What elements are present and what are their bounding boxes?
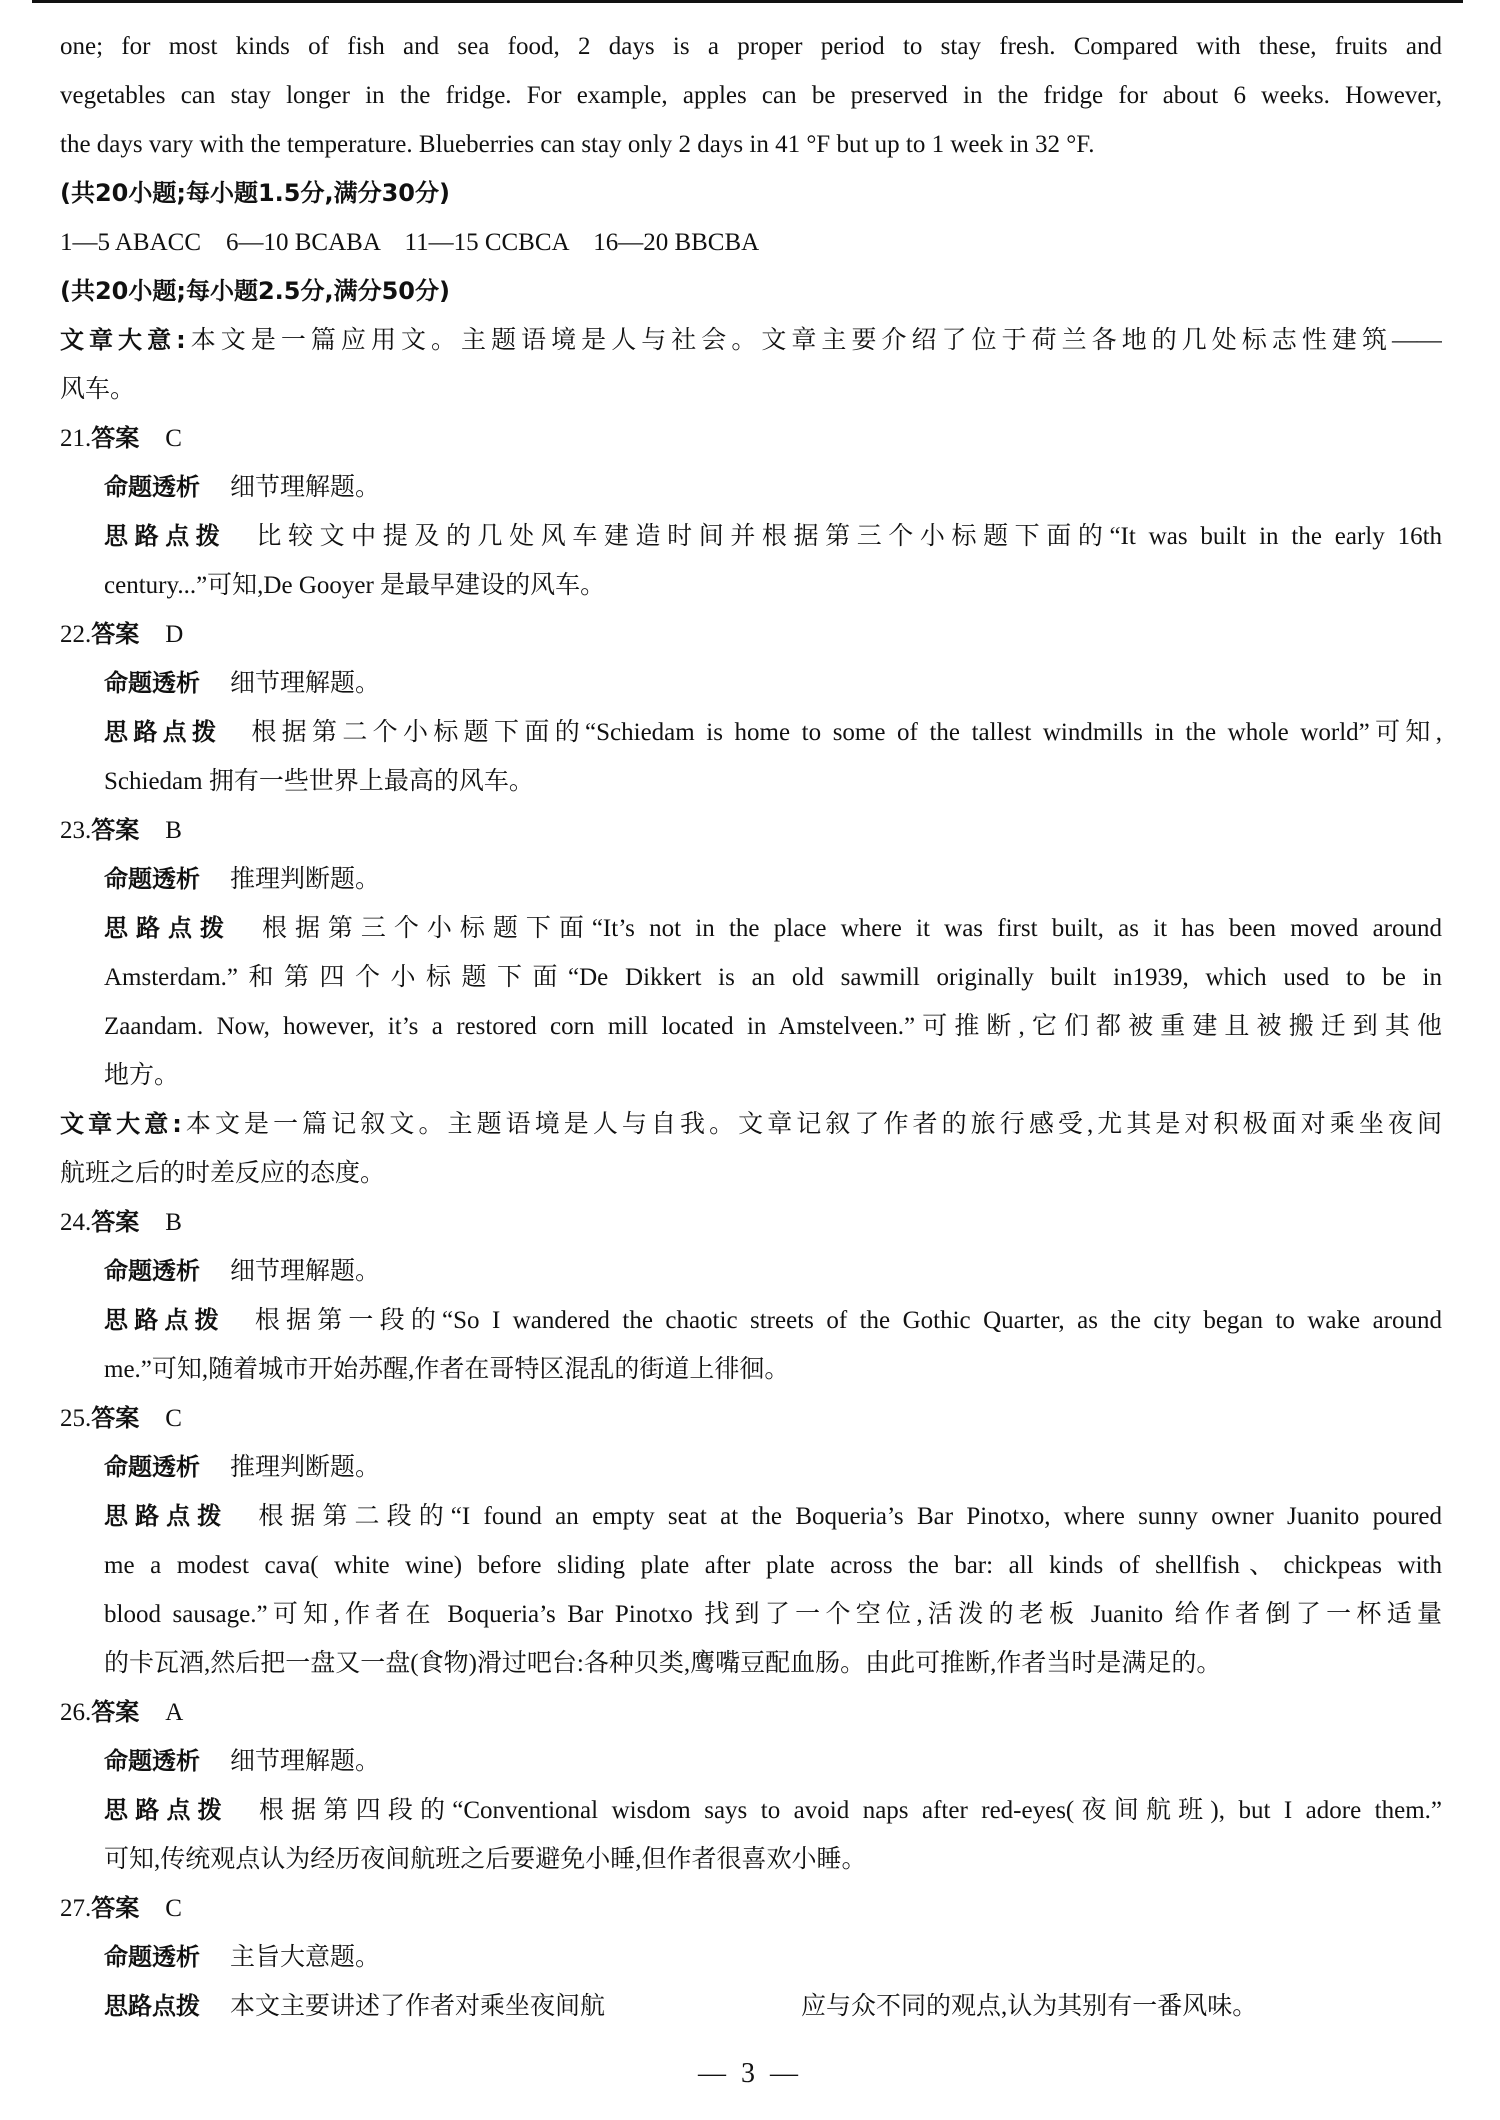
- section-2-header: (共20小题;每小题2.5分,满分50分): [60, 267, 1442, 316]
- hint-text: 可知,传统观点认为经历夜间航班之后要避免小睡,但作者很喜欢小睡。: [60, 1835, 1442, 1884]
- summary-text: 航班之后的时差反应的态度。: [60, 1149, 1442, 1198]
- hint-text: me a modest cava( white wine) before sli…: [60, 1541, 1442, 1590]
- question-27: 27.答案C 命题透析主旨大意题。 思路点拨本文主要讲述了作者对乘坐夜间航应与众…: [60, 1884, 1442, 2031]
- question-25: 25.答案C 命题透析推理判断题。 思路点拨根据第二段的“I found an …: [60, 1394, 1442, 1688]
- answer-key-page: one; for most kinds of fish and sea food…: [60, 22, 1442, 2031]
- question-number: 22.: [60, 621, 91, 648]
- hint-label: 思路点拨: [104, 1796, 229, 1824]
- question-number: 24.: [60, 1209, 91, 1236]
- analysis-label: 命题透析: [104, 669, 200, 697]
- passage-b-summary: 文章大意:本文是一篇记叙文。主题语境是人与自我。文章记叙了作者的旅行感受,尤其是…: [60, 1100, 1442, 1198]
- answer-label: 答案: [91, 816, 139, 844]
- answer-label: 答案: [91, 1894, 139, 1922]
- hint-label: 思路点拨: [104, 522, 226, 550]
- question-24: 24.答案B 命题透析细节理解题。 思路点拨根据第一段的“So I wander…: [60, 1198, 1442, 1394]
- question-type: 主旨大意题。: [230, 1944, 380, 1971]
- analysis-label: 命题透析: [104, 865, 200, 893]
- question-23: 23.答案B 命题透析推理判断题。 思路点拨根据第三个小标题下面“It’s no…: [60, 806, 1442, 1100]
- hint-label: 思路点拨: [104, 1992, 200, 2020]
- hint-text: 根据第四段的“Conventional wisdom says to avoid…: [259, 1797, 1442, 1824]
- top-rule: [32, 0, 1463, 3]
- answer-label: 答案: [91, 1698, 139, 1726]
- summary-label: 文章大意:: [60, 1110, 182, 1138]
- analysis-label: 命题透析: [104, 473, 200, 501]
- answer-label: 答案: [91, 1404, 139, 1432]
- question-number: 26.: [60, 1699, 91, 1726]
- section-1-header: (共20小题;每小题1.5分,满分30分): [60, 169, 1442, 218]
- analysis-label: 命题透析: [104, 1257, 200, 1285]
- hint-label: 思路点拨: [104, 718, 221, 746]
- analysis-label: 命题透析: [104, 1943, 200, 1971]
- summary-text: 本文是一篇应用文。主题语境是人与社会。文章主要介绍了位于荷兰各地的几处标志性建筑…: [186, 327, 1442, 354]
- hint-text: 根据第二个小标题下面的“Schiedam is home to some of …: [251, 719, 1442, 746]
- hint-text: century...”可知,De Gooyer 是最早建设的风车。: [60, 561, 1442, 610]
- hint-text: 应与众不同的观点,认为其别有一番风味。: [801, 1993, 1257, 2020]
- question-type: 细节理解题。: [230, 1748, 380, 1775]
- hint-label: 思路点拨: [104, 1306, 225, 1334]
- hint-text: 地方。: [60, 1051, 1442, 1100]
- hint-label: 思路点拨: [104, 1502, 228, 1530]
- question-type: 细节理解题。: [230, 670, 380, 697]
- hint-text: 比较文中提及的几处风车建造时间并根据第三个小标题下面的“It was built…: [256, 523, 1442, 550]
- passage-a-summary: 文章大意:本文是一篇应用文。主题语境是人与社会。文章主要介绍了位于荷兰各地的几处…: [60, 316, 1442, 414]
- answer-value: A: [165, 1699, 183, 1726]
- summary-label: 文章大意:: [60, 326, 186, 354]
- intro-line: one; for most kinds of fish and sea food…: [60, 22, 1442, 71]
- answer-label: 答案: [91, 620, 139, 648]
- answer-value: C: [165, 1405, 182, 1432]
- question-type: 细节理解题。: [230, 1258, 380, 1285]
- summary-text: 风车。: [60, 365, 1442, 414]
- answer-value: C: [165, 1895, 182, 1922]
- hint-text: 的卡瓦酒,然后把一盘又一盘(食物)滑过吧台:各种贝类,鹰嘴豆配血肠。由此可推断,…: [60, 1639, 1442, 1688]
- hint-text: Amsterdam.”和第四个小标题下面“De Dikkert is an ol…: [60, 953, 1442, 1002]
- answer-label: 答案: [91, 424, 139, 452]
- hint-text: Zaandam. Now, however, it’s a restored c…: [60, 1002, 1442, 1051]
- question-type: 推理判断题。: [230, 1454, 380, 1481]
- question-21: 21.答案C 命题透析细节理解题。 思路点拨比较文中提及的几处风车建造时间并根据…: [60, 414, 1442, 610]
- answer-label: 答案: [91, 1208, 139, 1236]
- hint-text: Schiedam 拥有一些世界上最高的风车。: [60, 757, 1442, 806]
- answer-value: C: [165, 425, 182, 452]
- intro-line: the days vary with the temperature. Blue…: [60, 120, 1442, 169]
- hint-text: 本文主要讲述了作者对乘坐夜间航: [230, 1993, 605, 2020]
- question-number: 23.: [60, 817, 91, 844]
- hint-text: me.”可知,随着城市开始苏醒,作者在哥特区混乱的街道上徘徊。: [60, 1345, 1442, 1394]
- analysis-label: 命题透析: [104, 1747, 200, 1775]
- page-number: — 3 —: [0, 2058, 1500, 2090]
- hint-label: 思路点拨: [104, 914, 232, 942]
- question-26: 26.答案A 命题透析细节理解题。 思路点拨根据第四段的“Conventiona…: [60, 1688, 1442, 1884]
- analysis-label: 命题透析: [104, 1453, 200, 1481]
- answer-value: D: [165, 621, 183, 648]
- section-1-answers: 1—5 ABACC 6—10 BCABA 11—15 CCBCA 16—20 B…: [60, 218, 1442, 267]
- hint-text: blood sausage.”可知,作者在 Boqueria’s Bar Pin…: [60, 1590, 1442, 1639]
- intro-paragraph: one; for most kinds of fish and sea food…: [60, 22, 1442, 169]
- question-number: 25.: [60, 1405, 91, 1432]
- intro-line: vegetables can stay longer in the fridge…: [60, 71, 1442, 120]
- hint-text: 根据第一段的“So I wandered the chaotic streets…: [255, 1307, 1442, 1334]
- question-type: 推理判断题。: [230, 866, 380, 893]
- question-22: 22.答案D 命题透析细节理解题。 思路点拨根据第二个小标题下面的“Schied…: [60, 610, 1442, 806]
- question-number: 21.: [60, 425, 91, 452]
- question-number: 27.: [60, 1895, 91, 1922]
- answer-value: B: [165, 1209, 182, 1236]
- summary-text: 本文是一篇记叙文。主题语境是人与自我。文章记叙了作者的旅行感受,尤其是对积极面对…: [182, 1111, 1442, 1138]
- hint-text: 根据第二段的“I found an empty seat at the Boqu…: [258, 1503, 1442, 1530]
- question-type: 细节理解题。: [230, 474, 380, 501]
- answer-value: B: [165, 817, 182, 844]
- hint-text: 根据第三个小标题下面“It’s not in the place where i…: [262, 915, 1442, 942]
